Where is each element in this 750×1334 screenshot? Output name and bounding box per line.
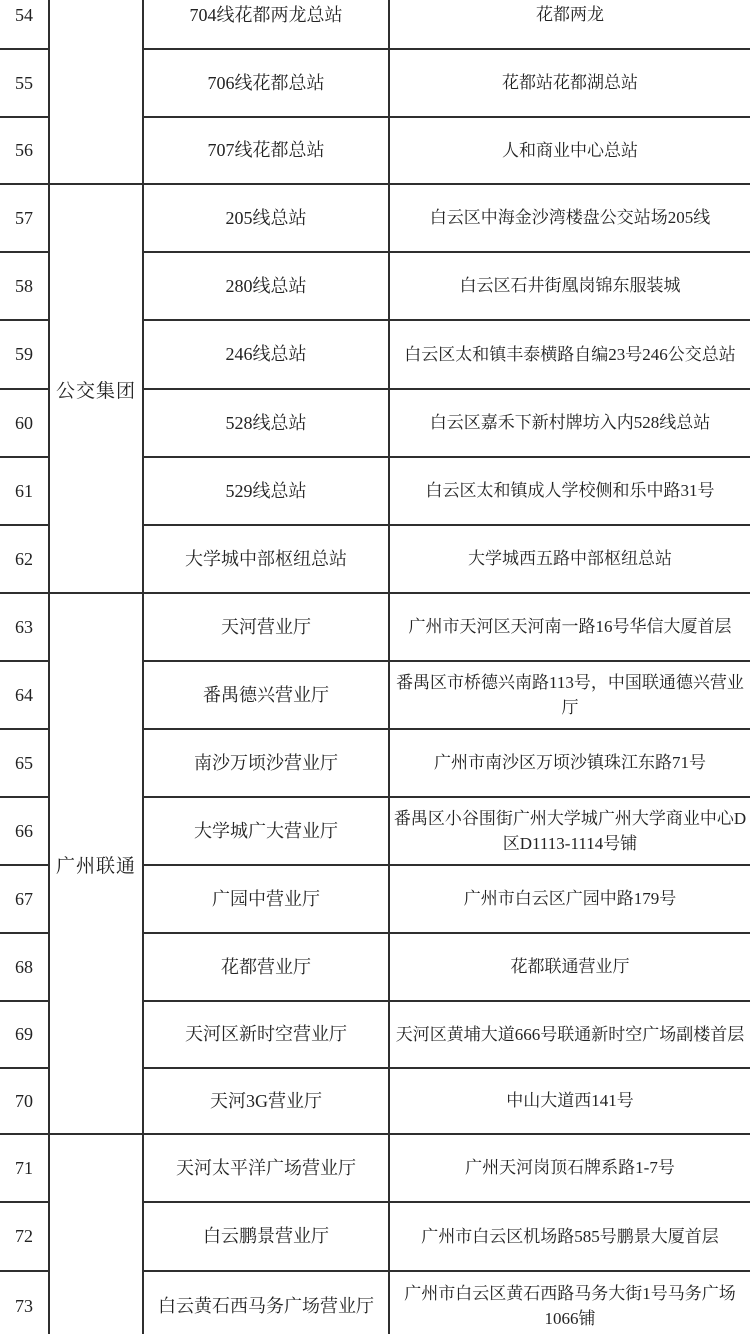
vertical-grid-line <box>48 0 50 1334</box>
station-address-cell: 番禺区小谷围街广州大学城广州大学商业中心D区D1113-1114号铺 <box>390 797 750 865</box>
row-number-cell: 66 <box>0 797 48 865</box>
station-address-cell: 花都站花都湖总站 <box>390 49 750 117</box>
row-number-cell: 69 <box>0 1001 48 1068</box>
station-address-cell: 白云区石井街凰岗锦东服装城 <box>390 252 750 320</box>
horizontal-grid-line <box>142 524 750 526</box>
station-address-cell: 广州市白云区机场路585号鹏景大厦首层 <box>390 1202 750 1271</box>
station-address-cell: 广州市白云区广园中路179号 <box>390 865 750 933</box>
vertical-grid-line <box>142 0 144 1334</box>
row-number-cell: 61 <box>0 457 48 525</box>
horizontal-grid-line <box>142 116 750 118</box>
org-group-cell-bus: 公交集团 <box>50 186 142 592</box>
station-name-cell: 天河3G营业厅 <box>144 1068 388 1134</box>
horizontal-grid-line <box>142 1067 750 1069</box>
horizontal-grid-line <box>0 796 50 798</box>
row-number-cell: 58 <box>0 252 48 320</box>
station-name-cell: 707线花都总站 <box>144 117 388 184</box>
horizontal-grid-line <box>142 728 750 730</box>
horizontal-grid-line <box>142 319 750 321</box>
station-name-cell: 大学城中部枢纽总站 <box>144 525 388 593</box>
station-name-cell: 246线总站 <box>144 320 388 389</box>
station-address-cell: 广州市南沙区万顷沙镇珠江东路71号 <box>390 729 750 797</box>
horizontal-grid-line <box>0 251 50 253</box>
horizontal-grid-line <box>0 456 50 458</box>
row-number-cell: 56 <box>0 117 48 184</box>
station-address-cell: 白云区嘉禾下新村牌坊入内528线总站 <box>390 389 750 457</box>
horizontal-grid-line <box>0 1000 50 1002</box>
horizontal-grid-line <box>142 660 750 662</box>
horizontal-grid-line <box>142 1270 750 1272</box>
horizontal-grid-line <box>142 932 750 934</box>
station-name-cell: 南沙万顷沙营业厅 <box>144 729 388 797</box>
row-number-cell: 71 <box>0 1134 48 1202</box>
station-address-cell: 广州天河岗顶石牌系路1-7号 <box>390 1134 750 1202</box>
horizontal-grid-line <box>142 388 750 390</box>
row-number-cell: 68 <box>0 933 48 1001</box>
station-address-cell: 广州市天河区天河南一路16号华信大厦首层 <box>390 593 750 661</box>
row-number-cell: 70 <box>0 1068 48 1134</box>
org-group-label: 公交集团 <box>56 376 136 403</box>
station-name-cell: 白云黄石西马务广场营业厅 <box>144 1271 388 1334</box>
horizontal-grid-line <box>142 251 750 253</box>
station-address-cell: 大学城西五路中部枢纽总站 <box>390 525 750 593</box>
row-number-cell: 65 <box>0 729 48 797</box>
horizontal-grid-line <box>0 48 50 50</box>
horizontal-grid-line <box>142 456 750 458</box>
station-address-cell: 人和商业中心总站 <box>390 117 750 184</box>
horizontal-grid-line <box>142 796 750 798</box>
station-name-cell: 528线总站 <box>144 389 388 457</box>
horizontal-grid-line <box>0 524 50 526</box>
horizontal-grid-line <box>0 183 750 185</box>
horizontal-grid-line <box>142 1000 750 1002</box>
station-name-cell: 280线总站 <box>144 252 388 320</box>
station-name-cell: 天河区新时空营业厅 <box>144 1001 388 1068</box>
org-group-label: 广州联通 <box>56 851 136 878</box>
horizontal-grid-line <box>142 48 750 50</box>
horizontal-grid-line <box>0 728 50 730</box>
horizontal-grid-line <box>0 116 50 118</box>
station-name-cell: 205线总站 <box>144 184 388 252</box>
row-number-cell: 55 <box>0 49 48 117</box>
horizontal-grid-line <box>0 388 50 390</box>
station-name-cell: 大学城广大营业厅 <box>144 797 388 865</box>
station-address-cell: 白云区太和镇丰泰横路自编23号246公交总站 <box>390 320 750 389</box>
horizontal-grid-line <box>0 1270 50 1272</box>
station-address-cell: 广州市白云区黄石西路马务大街1号马务广场1066铺 <box>390 1271 750 1334</box>
station-address-cell: 花都两龙 <box>390 0 750 49</box>
station-name-cell: 天河营业厅 <box>144 593 388 661</box>
horizontal-grid-line <box>142 1201 750 1203</box>
horizontal-grid-line <box>0 592 750 594</box>
org-group-cell-unicom: 广州联通 <box>50 595 142 1133</box>
row-number-cell: 67 <box>0 865 48 933</box>
row-number-cell: 72 <box>0 1202 48 1271</box>
horizontal-grid-line <box>0 1201 50 1203</box>
row-number-cell: 60 <box>0 389 48 457</box>
station-address-cell: 番禺区市桥德兴南路113号，中国联通德兴营业厅 <box>390 661 750 729</box>
horizontal-grid-line <box>0 932 50 934</box>
row-number-cell: 59 <box>0 320 48 389</box>
station-name-cell: 529线总站 <box>144 457 388 525</box>
row-number-cell: 73 <box>0 1271 48 1334</box>
horizontal-grid-line <box>0 660 50 662</box>
station-name-cell: 706线花都总站 <box>144 49 388 117</box>
station-address-cell: 白云区太和镇成人学校侧和乐中路31号 <box>390 457 750 525</box>
station-name-cell: 广园中营业厅 <box>144 865 388 933</box>
station-address-cell: 花都联通营业厅 <box>390 933 750 1001</box>
row-number-cell: 54 <box>0 0 48 49</box>
bus-stations-table-page: 公交集团 广州联通 54704线花都两龙总站花都两龙55706线花都总站花都站花… <box>0 0 750 1334</box>
horizontal-grid-line <box>0 864 50 866</box>
station-name-cell: 704线花都两龙总站 <box>144 0 388 49</box>
station-name-cell: 番禺德兴营业厅 <box>144 661 388 729</box>
row-number-cell: 64 <box>0 661 48 729</box>
row-number-cell: 57 <box>0 184 48 252</box>
station-name-cell: 花都营业厅 <box>144 933 388 1001</box>
horizontal-grid-line <box>0 1133 750 1135</box>
horizontal-grid-line <box>0 319 50 321</box>
station-address-cell: 白云区中海金沙湾楼盘公交站场205线 <box>390 184 750 252</box>
station-name-cell: 天河太平洋广场营业厅 <box>144 1134 388 1202</box>
station-address-cell: 中山大道西141号 <box>390 1068 750 1134</box>
station-address-cell: 天河区黄埔大道666号联通新时空广场副楼首层 <box>390 1001 750 1068</box>
row-number-cell: 63 <box>0 593 48 661</box>
row-number-cell: 62 <box>0 525 48 593</box>
horizontal-grid-line <box>142 864 750 866</box>
horizontal-grid-line <box>0 1067 50 1069</box>
station-name-cell: 白云鹏景营业厅 <box>144 1202 388 1271</box>
vertical-grid-line <box>388 0 390 1334</box>
